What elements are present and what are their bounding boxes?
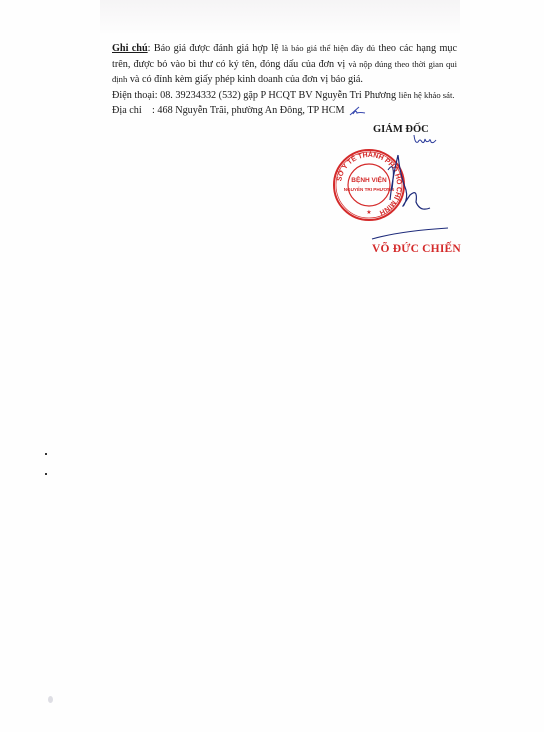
- scan-speck: [45, 453, 47, 455]
- phone-text: Điện thoại: 08. 39234332 (532) gặp P HCQ…: [112, 90, 399, 101]
- signature-underline: [370, 225, 450, 243]
- bleed-through-text: [100, 0, 460, 36]
- phone-contact-text: liên hệ khảo sát.: [399, 90, 455, 100]
- note-text-1a: : Báo giá được đánh giá hợp lệ: [148, 43, 282, 54]
- director-name: VÕ ĐỨC CHIẾN: [372, 243, 461, 255]
- note-text-2a: bỏ vào bì thư có ký tên, đóng dấu của đơ…: [157, 59, 348, 70]
- note-paragraph: Ghi chú: Báo giá được đánh giá hợp lệ là…: [112, 41, 457, 88]
- note-text-3: kèm giấy phép kinh doanh của đơn vị báo …: [175, 74, 363, 85]
- scan-speck: [45, 473, 47, 475]
- phone-line: Điện thoại: 08. 39234332 (532) gặp P HCQ…: [112, 88, 457, 104]
- address-line: Địa chỉ: 468 Nguyễn Trãi, phường An Đông…: [112, 103, 457, 119]
- address-label: Địa chỉ: [112, 103, 152, 119]
- note-text-1b: là báo giá thể hiện đầy đủ: [282, 43, 375, 53]
- handwritten-signature-icon: [370, 150, 440, 220]
- address-value: : 468 Nguyễn Trãi, phường An Đông, TP HC…: [152, 105, 345, 116]
- document-page: Ghi chú: Báo giá được đánh giá hợp lệ là…: [0, 0, 544, 732]
- handwritten-initials-icon: [412, 132, 438, 146]
- note-text-2c: và có đính: [127, 74, 172, 85]
- note-block: Ghi chú: Báo giá được đánh giá hợp lệ là…: [112, 41, 457, 119]
- note-label: Ghi chú: [112, 43, 148, 54]
- scan-smudge: [48, 696, 53, 703]
- handwritten-check-icon: [347, 105, 367, 117]
